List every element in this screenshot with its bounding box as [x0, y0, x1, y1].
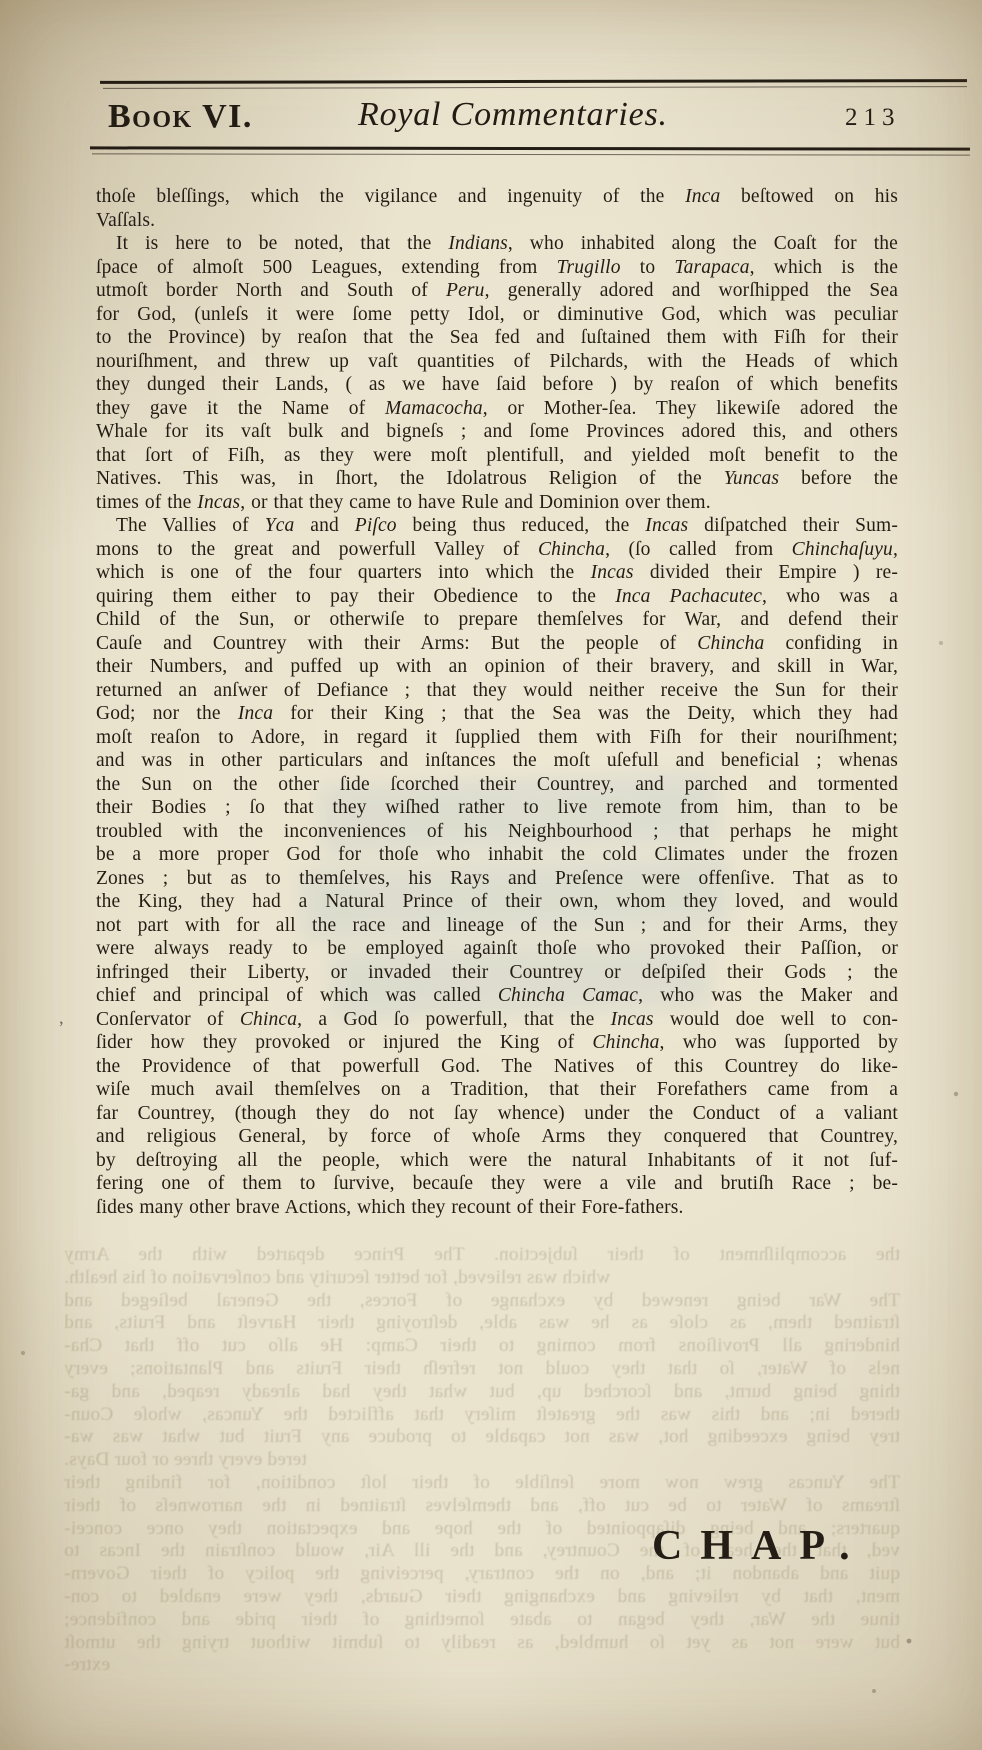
bleedthrough-line: ſtraitned them, as cloſe as he was able,…	[64, 1312, 900, 1335]
book-page-scan: Book VI. Royal Commentaries. 213 thoſe b…	[0, 0, 982, 1750]
text-line: ſides many other brave Actions, which th…	[96, 1196, 898, 1220]
text-line: mons to the great and powerfull Valley o…	[96, 538, 898, 562]
text-line: be a more proper God for thoſe who inhab…	[96, 843, 898, 867]
text-line: the Sun on the other ſide ſcorched their…	[96, 773, 898, 797]
chapter-heading: CHAP.	[652, 1522, 868, 1570]
text-line: God; nor the Inca for their King ; that …	[96, 702, 898, 726]
text-line: their Numbers, and puffed up with an opi…	[96, 655, 898, 679]
text-line: by deſtroying all the people, which were…	[96, 1149, 898, 1173]
bleedthrough-line: nels of Water, ſo that they could not re…	[64, 1358, 900, 1381]
text-line: they dunged their Lands, ( as we have ſa…	[96, 373, 898, 397]
text-line: fering one of them to ſurvive, becauſe t…	[96, 1172, 898, 1196]
text-line: were always ready to be employed againſt…	[96, 937, 898, 961]
bleedthrough-line: tered every three or four Days.	[64, 1449, 900, 1472]
text-line: utmoſt border North and South of Peru, g…	[96, 279, 898, 303]
bleedthrough-line: The Yuncas grew now more ſenſible of the…	[64, 1472, 900, 1495]
text-line: nouriſhment, and threw up vaſt quantitie…	[96, 350, 898, 374]
text-line: Vaſſals.	[96, 209, 898, 233]
text-line: infringed their Liberty, or invaded thei…	[96, 961, 898, 985]
header-rule-top-thin	[103, 86, 967, 89]
bleedthrough-line: extre-	[64, 1654, 900, 1677]
bleedthrough-line: thered in; and this was the greateſt miſ…	[64, 1404, 900, 1427]
text-line: and was in other particulars and inſtanc…	[96, 749, 898, 773]
text-line: Zones ; but as to themſelves, his Rays a…	[96, 867, 898, 891]
bleedthrough-line: thing being burnt, and ſcorched up, but …	[64, 1381, 900, 1404]
text-line: they gave it the Name of Mamacocha, or M…	[96, 397, 898, 421]
text-line: Cauſe and Countrey with their Arms: But …	[96, 632, 898, 656]
text-line: ſpace of almoſt 500 Leagues, extending f…	[96, 256, 898, 280]
text-line: Whale for its vaſt bulk and bigneſs ; an…	[96, 420, 898, 444]
bleedthrough-line: tinue the War, they began to abate ſomet…	[64, 1609, 900, 1632]
text-line: thoſe bleſſings, which the vigilance and…	[96, 185, 898, 209]
text-line: troubled with the inconveniences of his …	[96, 820, 898, 844]
text-line: Natives. This was, in ſhort, the Idolatr…	[96, 467, 898, 491]
text-line: far Countrey, (though they do not ſay wh…	[96, 1102, 898, 1126]
body-text: thoſe bleſſings, which the vigilance and…	[96, 185, 898, 1219]
text-line: the Providence of that powerfull God. Th…	[96, 1055, 898, 1079]
paper-specks	[0, 0, 2, 2]
text-line: chief and principal of which was called …	[96, 984, 898, 1008]
bleedthrough-line: The War being renewed by exchange of For…	[64, 1290, 900, 1313]
bleedthrough-line: hindering all Proviſions from coming to …	[64, 1335, 900, 1358]
text-line: for God, (unleſs it were ſome petty Idol…	[96, 303, 898, 327]
bleedthrough-line: ſtreams of Water to be cut off, and them…	[64, 1495, 900, 1518]
bleedthrough-line: the accompliſhment of their ſubjection. …	[64, 1244, 900, 1267]
text-line: which is one of the four quarters into w…	[96, 561, 898, 585]
text-line: returned an anſwer of Defiance ; that th…	[96, 679, 898, 703]
text-line: quiring them either to pay their Obedien…	[96, 585, 898, 609]
bleedthrough-line: trey being exceeding hot, was not capabl…	[64, 1426, 900, 1449]
text-line: times of the Incas, or that they came to…	[96, 491, 898, 515]
running-header-title: Royal Commentaries.	[358, 96, 668, 134]
bleedthrough-block: the accompliſhment of their ſubjection. …	[64, 1244, 900, 1677]
text-line: the King, they had a Natural Prince of t…	[96, 890, 898, 914]
text-line: Conſervator of Chinca, a God ſo powerful…	[96, 1008, 898, 1032]
header-rule-bottom-thick	[90, 146, 970, 150]
bleedthrough-line: ment, that by relieving and exchanging t…	[64, 1586, 900, 1609]
bleedthrough-line: but were not as yet ſo humbled, as readi…	[64, 1632, 900, 1655]
text-line: ſider how they provoked or injured the K…	[96, 1031, 898, 1055]
running-header-book: Book VI.	[108, 98, 253, 136]
bleedthrough-line: which was relieved, for better ſecurity …	[64, 1267, 900, 1290]
text-line: It is here to be noted, that the Indians…	[96, 232, 898, 256]
header-rule-bottom-thin	[92, 153, 970, 155]
text-line: to the Province) by reaſon that the Sea …	[96, 326, 898, 350]
text-line: their Bodies ; ſo that they wiſhed rathe…	[96, 796, 898, 820]
header-rule-top-thick	[100, 79, 967, 83]
page-number: 213	[845, 104, 901, 132]
stray-ink-mark: ’	[58, 1018, 64, 1040]
text-line: that ſort of Fiſh, as they were moſt ple…	[96, 444, 898, 468]
text-line: and religious General, by force of whoſe…	[96, 1125, 898, 1149]
text-line: Child of the Sun, or otherwiſe to prepar…	[96, 608, 898, 632]
text-line: moſt reaſon to Adore, in regard it ſuppl…	[96, 726, 898, 750]
text-line: The Vallies of Yca and Piſco being thus …	[96, 514, 898, 538]
text-line: not part with for all the race and linea…	[96, 914, 898, 938]
text-line: wiſe much avail themſelves on a Traditio…	[96, 1078, 898, 1102]
